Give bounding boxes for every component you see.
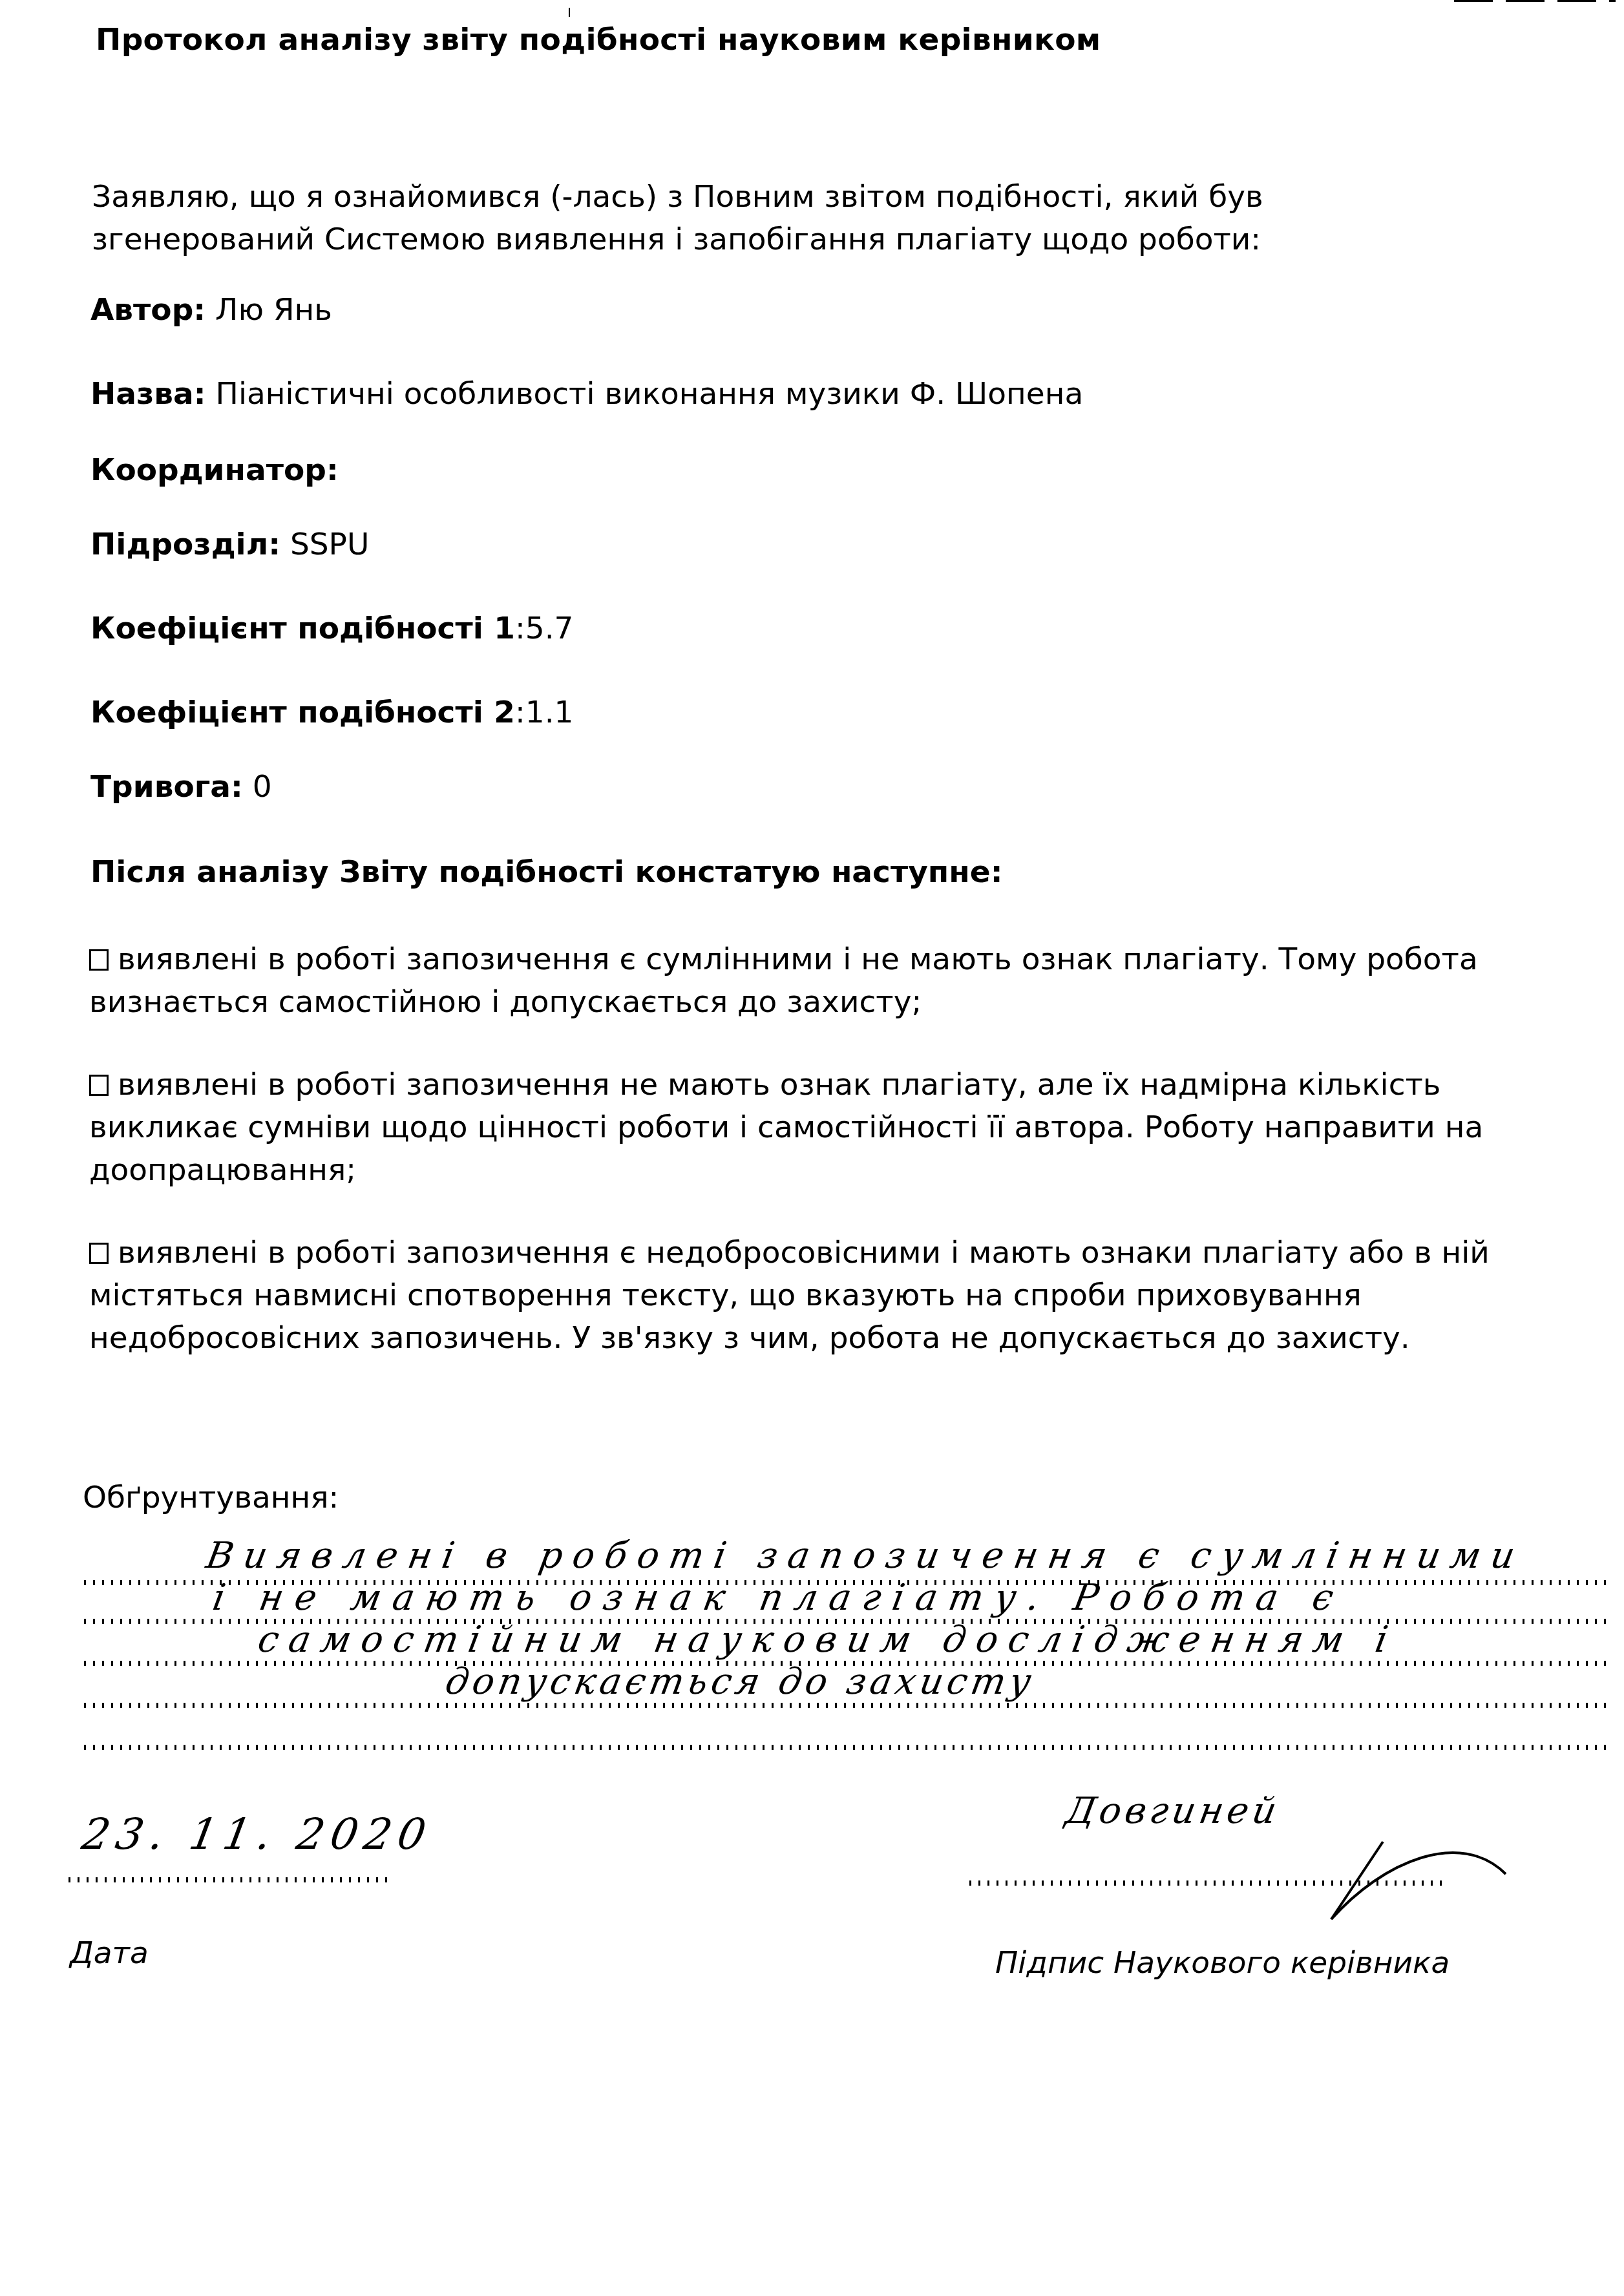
handwritten-justification-line[interactable]: Виявлені в роботі запозичення є сумлінни… bbox=[203, 1535, 1528, 1577]
field-label: Підрозділ: bbox=[90, 527, 280, 562]
dotted-line bbox=[84, 1745, 1606, 1751]
field-similarity-coef-2: Коефіцієнт подібності 2:1.1 bbox=[90, 695, 574, 730]
date-label: Дата bbox=[70, 1935, 149, 1971]
option-admit: виявлені в роботі запозичення є сумлінни… bbox=[89, 938, 1576, 1024]
signature-label: Підпис Наукового керівника bbox=[995, 1945, 1450, 1981]
field-value: Лю Янь bbox=[206, 292, 332, 328]
handwritten-justification-line[interactable]: допускається до захисту bbox=[442, 1661, 1038, 1703]
field-value: 0 bbox=[243, 769, 272, 805]
field-label: Назва: bbox=[90, 376, 206, 412]
date-dotted-line bbox=[69, 1877, 392, 1884]
field-value: SSPU bbox=[280, 527, 369, 562]
handwritten-justification-line[interactable]: самостійним науковим дослідженням і bbox=[255, 1619, 1401, 1661]
scan-artifact bbox=[1454, 0, 1616, 2]
field-author: Автор: Лю Янь bbox=[90, 292, 332, 328]
dotted-line bbox=[84, 1703, 1606, 1709]
field-label: Автор: bbox=[90, 292, 206, 328]
option-text: виявлені в роботі запозичення не мають о… bbox=[89, 1067, 1483, 1188]
field-coordinator: Координатор: bbox=[90, 452, 339, 488]
document-title: Протокол аналізу звіту подібності науков… bbox=[96, 22, 1101, 58]
intro-line: Заявляю, що я ознайомився (-лась) з Повн… bbox=[92, 176, 1263, 218]
field-title: Назва: Піаністичні особливості виконання… bbox=[90, 376, 1083, 412]
field-value: :5.7 bbox=[515, 611, 574, 646]
checkbox-reject[interactable] bbox=[89, 1243, 109, 1264]
field-label: Коефіцієнт подібності 1 bbox=[90, 611, 515, 646]
checkbox-revise[interactable] bbox=[89, 1075, 109, 1096]
signature-dotted-line bbox=[969, 1880, 1448, 1887]
option-text: виявлені в роботі запозичення є недоброс… bbox=[89, 1235, 1490, 1356]
scan-artifact-tick bbox=[569, 8, 570, 17]
field-value: :1.1 bbox=[515, 695, 574, 730]
field-similarity-coef-1: Коефіцієнт подібності 1:5.7 bbox=[90, 611, 574, 646]
field-unit: Підрозділ: SSPU bbox=[90, 527, 369, 562]
option-text: виявлені в роботі запозичення є сумлінни… bbox=[89, 942, 1478, 1020]
handwritten-justification-line[interactable]: і не мають ознак плагіату. Робота є bbox=[209, 1577, 1348, 1619]
conclusion-heading: Після аналізу Звіту подібності констатую… bbox=[90, 854, 1002, 890]
option-revise: виявлені в роботі запозичення не мають о… bbox=[89, 1064, 1576, 1192]
field-label: Тривога: bbox=[90, 769, 243, 805]
option-reject: виявлені в роботі запозичення є недоброс… bbox=[89, 1232, 1576, 1360]
signature-flourish bbox=[969, 1803, 1551, 1932]
field-label: Коефіцієнт подібності 2 bbox=[90, 695, 515, 730]
justification-label: Обґрунтування: bbox=[83, 1480, 339, 1515]
field-alarm: Тривога: 0 bbox=[90, 769, 272, 805]
checkbox-admit[interactable] bbox=[89, 949, 109, 971]
handwritten-date[interactable]: 23. 11. 2020 bbox=[78, 1809, 436, 1859]
intro-statement: Заявляю, що я ознайомився (-лась) з Повн… bbox=[92, 176, 1263, 261]
field-label: Координатор: bbox=[90, 452, 339, 488]
intro-line: згенерований Системою виявлення і запобі… bbox=[92, 218, 1263, 261]
field-value: Піаністичні особливості виконання музики… bbox=[206, 376, 1084, 412]
